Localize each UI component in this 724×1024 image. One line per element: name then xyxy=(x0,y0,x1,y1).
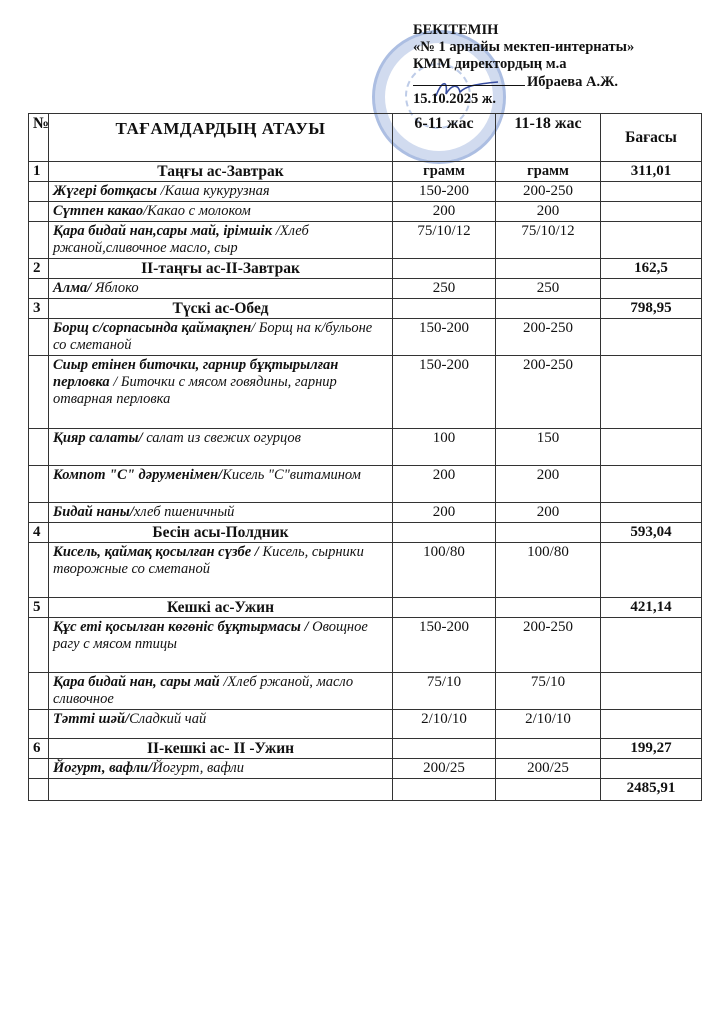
meal-title: Таңғы ас-Завтрак xyxy=(49,162,393,182)
dish-name-kz: Қара бидай нан,сары май, ірімшік xyxy=(53,223,272,239)
portion-11-18: 200-250 xyxy=(496,182,601,202)
portion-6-11: 200/25 xyxy=(393,759,496,779)
meal-title: Түскі ас-Обед xyxy=(49,299,393,319)
dish-name-kz: Тәтті шәй/ xyxy=(53,711,129,727)
portion-11-18: 75/10/12 xyxy=(496,222,601,259)
dish-no-cell xyxy=(29,503,49,523)
portion-11-18: 200 xyxy=(496,503,601,523)
dish-price-cell xyxy=(601,503,702,523)
dish-no-cell xyxy=(29,356,49,429)
dish-no-cell xyxy=(29,466,49,503)
portion-6-11: 200 xyxy=(393,503,496,523)
dish-row: Қара бидай нан,сары май, ірімшік /Хлеб р… xyxy=(29,222,702,259)
meal-section-row: 2ІІ-таңғы ас-ІІ-Завтрак162,5 xyxy=(29,259,702,279)
unit-6-11 xyxy=(393,523,496,543)
dish-name-ru: салат из свежих огурцов xyxy=(143,430,301,446)
dish-name: Қара бидай нан,сары май, ірімшік /Хлеб р… xyxy=(49,222,393,259)
portion-6-11: 75/10/12 xyxy=(393,222,496,259)
portion-11-18: 200 xyxy=(496,202,601,222)
dish-row: Борщ с/сорпасында қаймақпен/ Борщ на к/б… xyxy=(29,319,702,356)
total-empty-cell xyxy=(49,779,393,801)
dish-no-cell xyxy=(29,543,49,598)
portion-11-18: 200/25 xyxy=(496,759,601,779)
dish-name: Жүгері ботқасы /Каша кукурузная xyxy=(49,182,393,202)
unit-6-11: грамм xyxy=(393,162,496,182)
unit-11-18 xyxy=(496,739,601,759)
portion-6-11: 100/80 xyxy=(393,543,496,598)
portion-11-18: 100/80 xyxy=(496,543,601,598)
dish-name: Йогурт, вафли/Йогурт, вафли xyxy=(49,759,393,779)
meal-price: 311,01 xyxy=(601,162,702,182)
dish-row: Тәтті шәй/Сладкий чай2/10/102/10/10 xyxy=(29,710,702,739)
dish-price-cell xyxy=(601,202,702,222)
dish-row: Сиыр етінен биточки, гарнир бұқтырылған … xyxy=(29,356,702,429)
approval-date: 15.10.2025 ж. xyxy=(413,91,713,108)
portion-11-18: 2/10/10 xyxy=(496,710,601,739)
dish-row: Йогурт, вафли/Йогурт, вафли200/25200/25 xyxy=(29,759,702,779)
unit-11-18: грамм xyxy=(496,162,601,182)
dish-name-ru: Сладкий чай xyxy=(129,711,206,727)
dish-name-kz: Йогурт, вафли/ xyxy=(53,760,152,776)
meal-number: 2 xyxy=(29,259,49,279)
dish-price-cell xyxy=(601,222,702,259)
signature-line xyxy=(413,73,525,86)
dish-name: Борщ с/сорпасында қаймақпен/ Борщ на к/б… xyxy=(49,319,393,356)
portion-11-18: 150 xyxy=(496,429,601,466)
dish-no-cell xyxy=(29,710,49,739)
unit-6-11 xyxy=(393,739,496,759)
dish-row: Сүтпен какао/Какао с молоком200200 xyxy=(29,202,702,222)
unit-6-11 xyxy=(393,259,496,279)
dish-name-kz: Қара бидай нан, сары май xyxy=(53,674,220,690)
dish-name: Бидай наны/хлеб пшеничный xyxy=(49,503,393,523)
dish-price-cell xyxy=(601,618,702,673)
portion-6-11: 200 xyxy=(393,466,496,503)
header-row: № ТАҒАМДАРДЫҢ АТАУЫ 6-11 жас 11-18 жас Б… xyxy=(29,114,702,162)
dish-price-cell xyxy=(601,182,702,202)
meal-number: 5 xyxy=(29,598,49,618)
dish-row: Қара бидай нан, сары май /Хлеб ржаной, м… xyxy=(29,673,702,710)
dish-price-cell xyxy=(601,356,702,429)
dish-price-cell xyxy=(601,319,702,356)
dish-name: Алма/ Яблоко xyxy=(49,279,393,299)
approval-name: Ибраева А.Ж. xyxy=(527,74,618,90)
dish-no-cell xyxy=(29,319,49,356)
dish-name-kz: Бидай наны/ xyxy=(53,504,134,520)
approval-title: БЕКІТЕМІН xyxy=(413,22,713,39)
dish-row: Кисель, қаймақ қосылған сүзбе / Кисель, … xyxy=(29,543,702,598)
dish-name-ru: /Какао с молоком xyxy=(143,203,251,219)
menu-table: № ТАҒАМДАРДЫҢ АТАУЫ 6-11 жас 11-18 жас Б… xyxy=(28,113,702,801)
dish-name: Қияр салаты/ салат из свежих огурцов xyxy=(49,429,393,466)
total-empty-cell xyxy=(29,779,49,801)
unit-11-18 xyxy=(496,598,601,618)
portion-6-11: 100 xyxy=(393,429,496,466)
meal-section-row: 6ІІ-кешкі ас- ІІ -Ужин199,27 xyxy=(29,739,702,759)
dish-name-ru: Яблоко xyxy=(91,280,138,296)
meal-price: 421,14 xyxy=(601,598,702,618)
total-row: 2485,91 xyxy=(29,779,702,801)
dish-row: Алма/ Яблоко250250 xyxy=(29,279,702,299)
header-name: ТАҒАМДАРДЫҢ АТАУЫ xyxy=(49,114,393,162)
meal-price: 593,04 xyxy=(601,523,702,543)
dish-name: Құс еті қосылған көгөніс бұқтырмасы / Ов… xyxy=(49,618,393,673)
portion-11-18: 200 xyxy=(496,466,601,503)
portion-11-18: 200-250 xyxy=(496,618,601,673)
dish-price-cell xyxy=(601,429,702,466)
header-age-6-11: 6-11 жас xyxy=(393,114,496,162)
portion-6-11: 150-200 xyxy=(393,182,496,202)
dish-name: Сиыр етінен биточки, гарнир бұқтырылған … xyxy=(49,356,393,429)
meal-section-row: 5Кешкі ас-Ужин421,14 xyxy=(29,598,702,618)
approval-org: «№ 1 арнайы мектеп-интернаты» xyxy=(413,39,713,56)
portion-11-18: 200-250 xyxy=(496,319,601,356)
dish-name-ru: Йогурт, вафли xyxy=(152,760,244,776)
unit-6-11 xyxy=(393,598,496,618)
dish-no-cell xyxy=(29,673,49,710)
portion-6-11: 150-200 xyxy=(393,356,496,429)
meal-title: Бесін асы-Полдник xyxy=(49,523,393,543)
portion-6-11: 250 xyxy=(393,279,496,299)
dish-name: Компот "С" дәруменімен/Кисель "С"витамин… xyxy=(49,466,393,503)
header-age-11-18: 11-18 жас xyxy=(496,114,601,162)
approval-position: КММ директордың м.а xyxy=(413,56,713,73)
dish-name-ru: хлеб пшеничный xyxy=(134,504,235,520)
dish-name: Сүтпен какао/Какао с молоком xyxy=(49,202,393,222)
dish-price-cell xyxy=(601,466,702,503)
menu-body: 1Таңғы ас-Завтракграммграмм311,01Жүгері … xyxy=(29,162,702,801)
dish-no-cell xyxy=(29,182,49,202)
dish-name-kz: Қияр салаты/ xyxy=(53,430,143,446)
meal-section-row: 3Түскі ас-Обед798,95 xyxy=(29,299,702,319)
unit-11-18 xyxy=(496,523,601,543)
dish-no-cell xyxy=(29,429,49,466)
portion-6-11: 2/10/10 xyxy=(393,710,496,739)
dish-name: Қара бидай нан, сары май /Хлеб ржаной, м… xyxy=(49,673,393,710)
dish-row: Жүгері ботқасы /Каша кукурузная150-20020… xyxy=(29,182,702,202)
dish-price-cell xyxy=(601,543,702,598)
meal-number: 1 xyxy=(29,162,49,182)
dish-price-cell xyxy=(601,279,702,299)
dish-no-cell xyxy=(29,202,49,222)
meal-section-row: 4Бесін асы-Полдник593,04 xyxy=(29,523,702,543)
header-price: Бағасы xyxy=(601,114,702,162)
portion-6-11: 75/10 xyxy=(393,673,496,710)
approval-block: БЕКІТЕМІН «№ 1 арнайы мектеп-интернаты» … xyxy=(413,22,713,108)
dish-name-kz: Сүтпен какао xyxy=(53,203,143,219)
dish-no-cell xyxy=(29,759,49,779)
meal-title: ІІ-таңғы ас-ІІ-Завтрак xyxy=(49,259,393,279)
meal-price: 162,5 xyxy=(601,259,702,279)
grand-total: 2485,91 xyxy=(601,779,702,801)
meal-number: 3 xyxy=(29,299,49,319)
dish-price-cell xyxy=(601,759,702,779)
portion-11-18: 75/10 xyxy=(496,673,601,710)
unit-11-18 xyxy=(496,259,601,279)
meal-number: 6 xyxy=(29,739,49,759)
dish-name-ru: Кисель "С"витамином xyxy=(222,467,361,483)
meal-title: ІІ-кешкі ас- ІІ -Ужин xyxy=(49,739,393,759)
dish-no-cell xyxy=(29,279,49,299)
dish-name-kz: Құс еті қосылған көгөніс бұқтырмасы / xyxy=(53,619,309,635)
portion-6-11: 200 xyxy=(393,202,496,222)
dish-price-cell xyxy=(601,673,702,710)
header-no: № xyxy=(29,114,49,162)
dish-name: Кисель, қаймақ қосылған сүзбе / Кисель, … xyxy=(49,543,393,598)
unit-6-11 xyxy=(393,299,496,319)
dish-name-kz: Алма/ xyxy=(53,280,91,296)
dish-row: Құс еті қосылған көгөніс бұқтырмасы / Ов… xyxy=(29,618,702,673)
portion-11-18: 250 xyxy=(496,279,601,299)
portion-6-11: 150-200 xyxy=(393,319,496,356)
dish-price-cell xyxy=(601,710,702,739)
dish-no-cell xyxy=(29,222,49,259)
meal-title: Кешкі ас-Ужин xyxy=(49,598,393,618)
dish-row: Бидай наны/хлеб пшеничный200200 xyxy=(29,503,702,523)
dish-name-kz: Кисель, қаймақ қосылған сүзбе / xyxy=(53,544,259,560)
dish-name-kz: Компот "С" дәруменімен/ xyxy=(53,467,222,483)
dish-name-ru: /Каша кукурузная xyxy=(157,183,270,199)
meal-price: 199,27 xyxy=(601,739,702,759)
portion-11-18: 200-250 xyxy=(496,356,601,429)
dish-name-kz: Жүгері ботқасы xyxy=(53,183,157,199)
meal-section-row: 1Таңғы ас-Завтракграммграмм311,01 xyxy=(29,162,702,182)
dish-row: Компот "С" дәруменімен/Кисель "С"витамин… xyxy=(29,466,702,503)
unit-11-18 xyxy=(496,299,601,319)
dish-name-kz: Борщ с/сорпасында қаймақпен xyxy=(53,320,251,336)
dish-name: Тәтті шәй/Сладкий чай xyxy=(49,710,393,739)
meal-number: 4 xyxy=(29,523,49,543)
total-empty-cell xyxy=(393,779,496,801)
dish-no-cell xyxy=(29,618,49,673)
total-empty-cell xyxy=(496,779,601,801)
portion-6-11: 150-200 xyxy=(393,618,496,673)
dish-row: Қияр салаты/ салат из свежих огурцов1001… xyxy=(29,429,702,466)
meal-price: 798,95 xyxy=(601,299,702,319)
